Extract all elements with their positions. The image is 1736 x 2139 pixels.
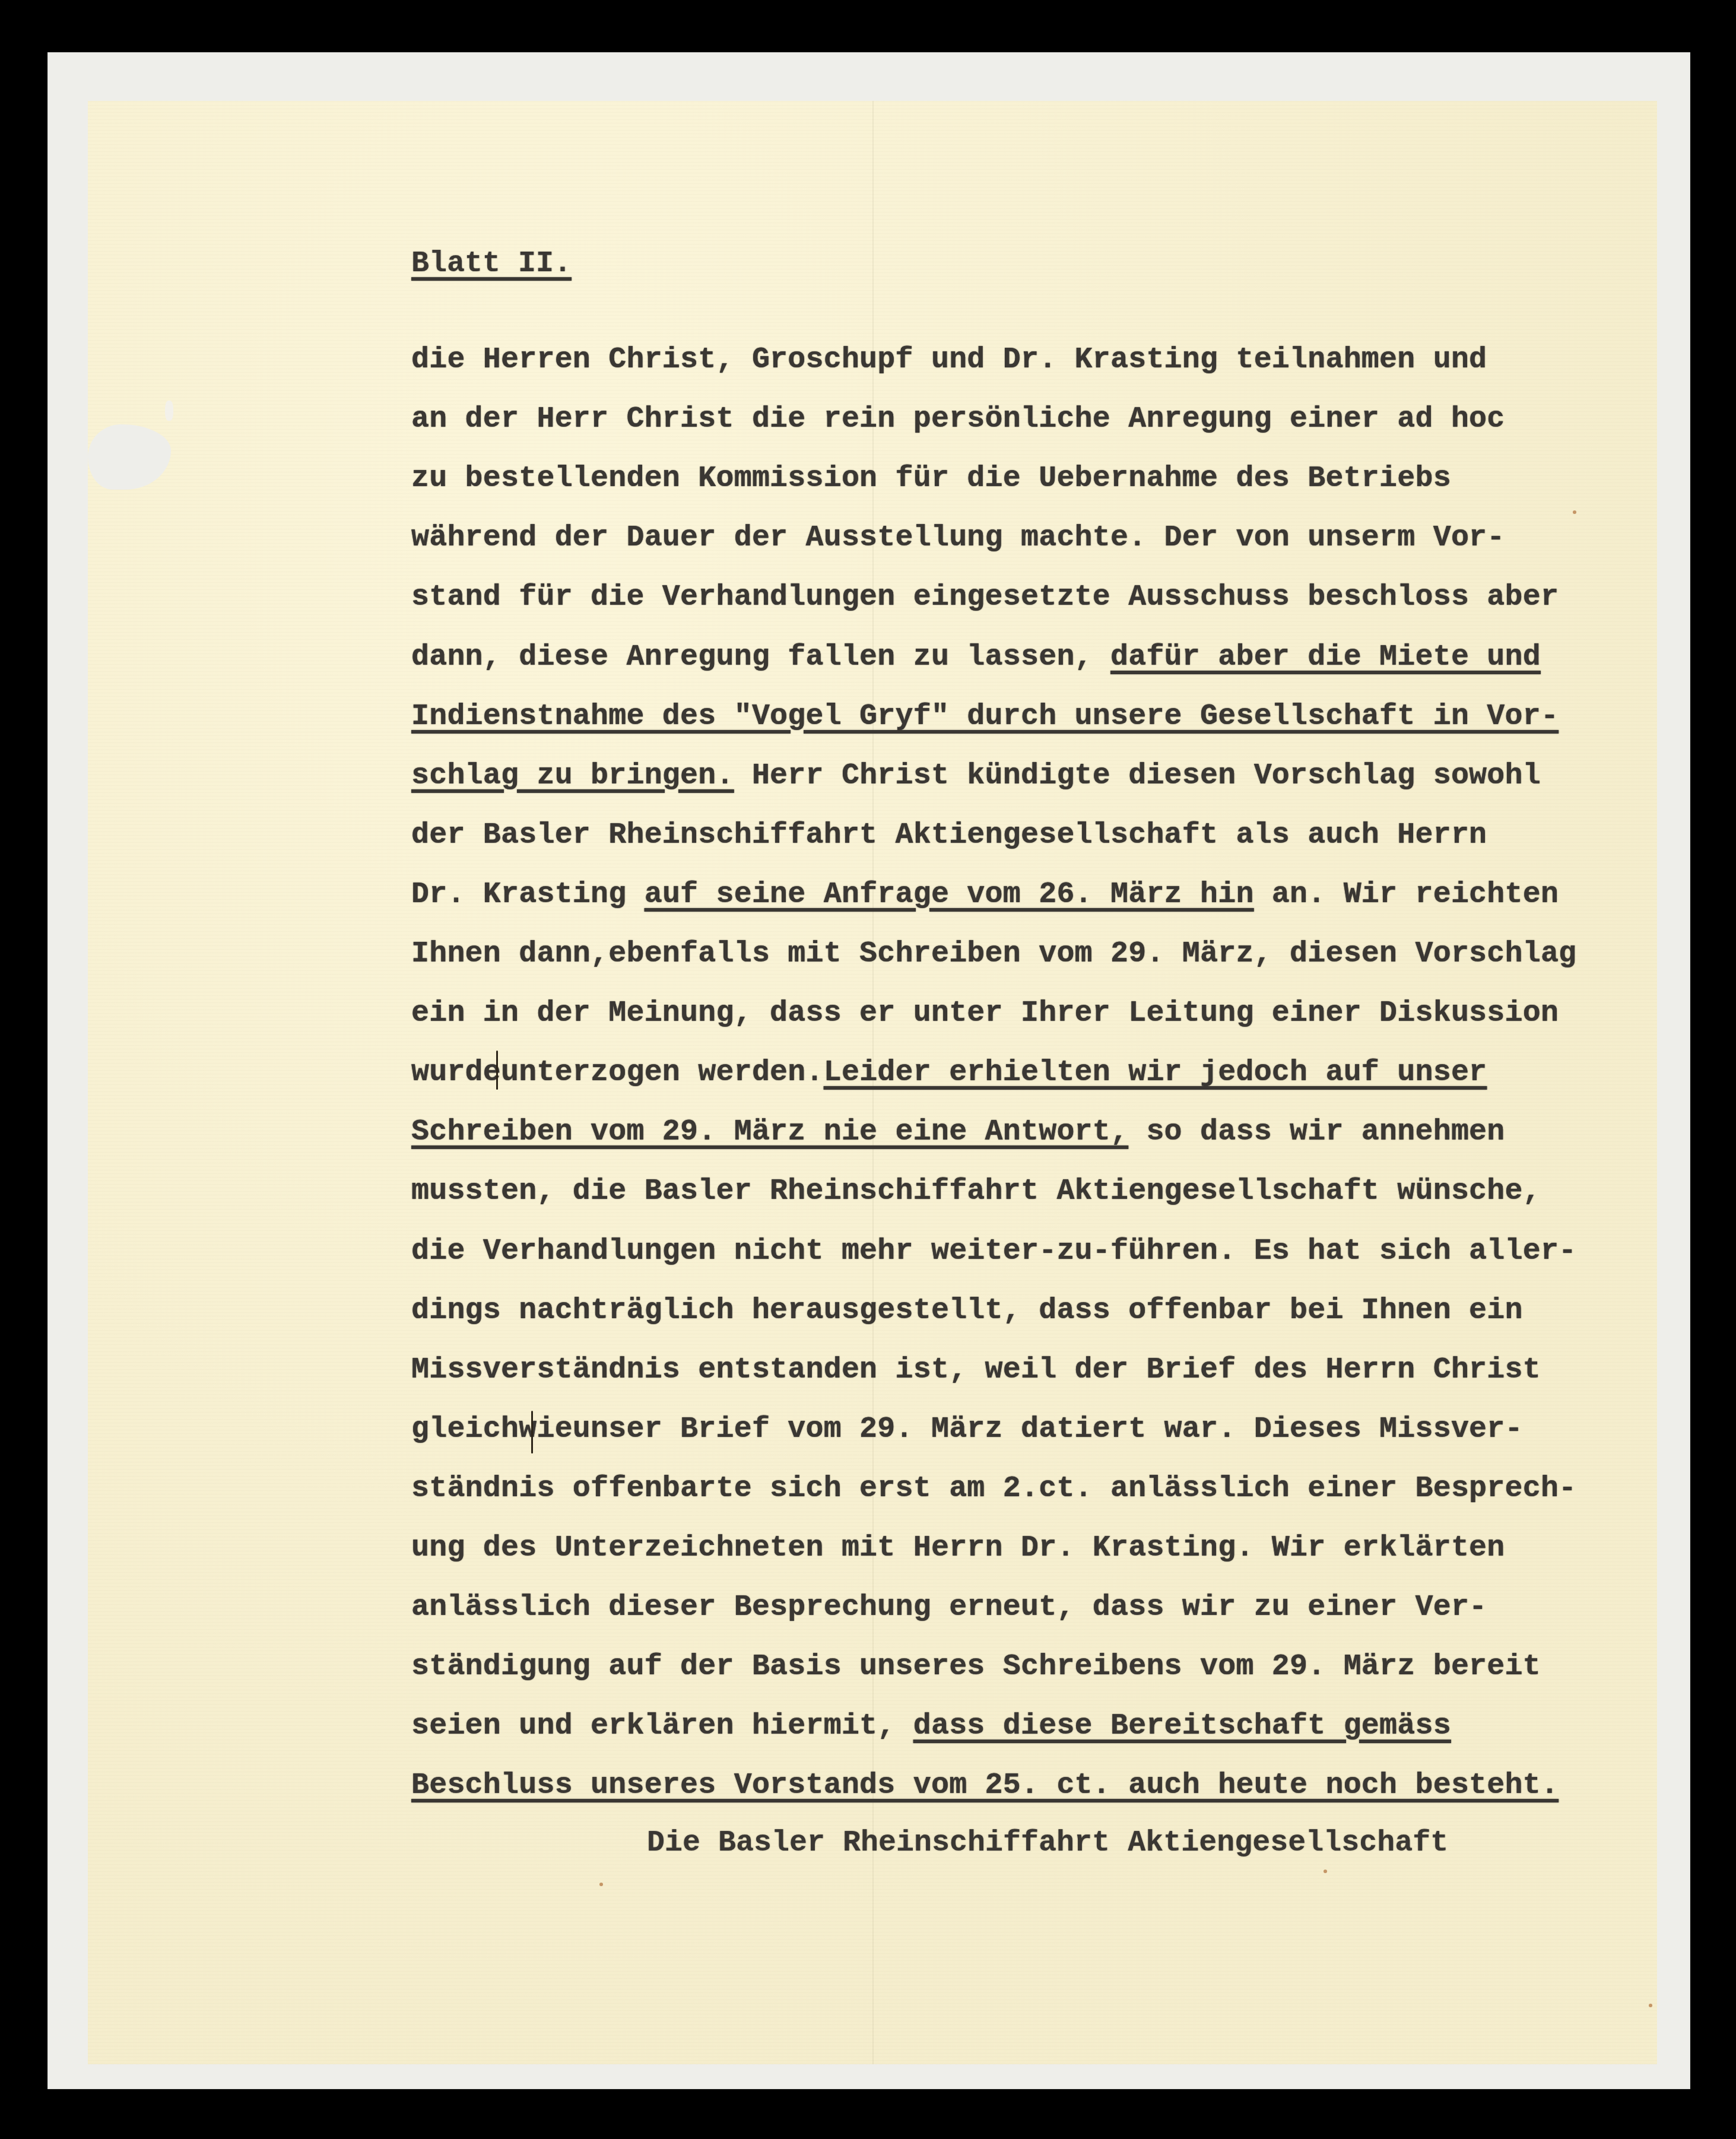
text-line: Dr. Krasting auf seine Anfrage vom 26. M… bbox=[411, 880, 1559, 910]
text-segment: ein in der Meinung, dass er unter Ihrer … bbox=[411, 996, 1559, 1030]
text-line: ständigung auf der Basis unseres Schreib… bbox=[411, 1652, 1541, 1682]
text-segment: wurdeunterzogen werden. bbox=[411, 1056, 824, 1090]
underlined-text: dass diese Bereitschaft gemäss bbox=[913, 1709, 1451, 1743]
text-segment: Dr. Krasting bbox=[411, 878, 645, 912]
signature-line: Die Basler Rheinschiffahrt Aktiengesells… bbox=[647, 1829, 1448, 1858]
text-segment: die Herren Christ, Groschupf und Dr. Kra… bbox=[411, 343, 1487, 377]
text-line: die Herren Christ, Groschupf und Dr. Kra… bbox=[411, 345, 1487, 375]
underlined-text: Leider erhielten wir jedoch auf unser bbox=[824, 1056, 1487, 1090]
underlined-text: Schreiben vom 29. März nie eine Antwort, bbox=[411, 1115, 1128, 1149]
text-line: die Verhandlungen nicht mehr weiter-zu-f… bbox=[411, 1237, 1576, 1267]
text-segment: seien und erklären hiermit, bbox=[411, 1709, 913, 1743]
text-segment: stand für die Verhandlungen eingesetzte … bbox=[411, 580, 1559, 614]
text-segment: gleichwieunser Brief vom 29. März datier… bbox=[411, 1413, 1523, 1446]
text-line: Indienstnahme des "Vogel Gryf" durch uns… bbox=[411, 702, 1559, 732]
text-line: seien und erklären hiermit, dass diese B… bbox=[411, 1712, 1451, 1741]
text-segment: so dass wir annehmen bbox=[1128, 1115, 1505, 1149]
text-line: zu bestellenden Kommission für die Ueber… bbox=[411, 464, 1451, 494]
text-line: wurdeunterzogen werden.Leider erhielten … bbox=[411, 1058, 1487, 1088]
underlined-text: dafür aber die Miete und bbox=[1110, 640, 1541, 674]
text-segment: an. Wir reichten bbox=[1254, 878, 1559, 912]
text-segment: der Basler Rheinschiffahrt Aktiengesells… bbox=[411, 818, 1487, 852]
text-segment: dings nachträglich herausgestellt, dass … bbox=[411, 1294, 1523, 1328]
text-line: der Basler Rheinschiffahrt Aktiengesells… bbox=[411, 821, 1487, 850]
text-line: dann, diese Anregung fallen zu lassen, d… bbox=[411, 643, 1541, 672]
text-segment: die Verhandlungen nicht mehr weiter-zu-f… bbox=[411, 1234, 1576, 1268]
text-segment: ständnis offenbarte sich erst am 2.ct. a… bbox=[411, 1472, 1576, 1506]
text-segment: zu bestellenden Kommission für die Ueber… bbox=[411, 462, 1451, 496]
underlined-text: schlag zu bringen. bbox=[411, 759, 734, 793]
text-segment: während der Dauer der Ausstellung machte… bbox=[411, 521, 1505, 555]
text-line: stand für die Verhandlungen eingesetzte … bbox=[411, 583, 1559, 612]
text-line: ein in der Meinung, dass er unter Ihrer … bbox=[411, 999, 1559, 1029]
text-line: Ihnen dann,ebenfalls mit Schreiben vom 2… bbox=[411, 940, 1576, 969]
text-segment: dann, diese Anregung fallen zu lassen, bbox=[411, 640, 1110, 674]
foxing-spot bbox=[1649, 2004, 1652, 2007]
text-segment: ung des Unterzeichneten mit Herrn Dr. Kr… bbox=[411, 1531, 1505, 1565]
text-line: dings nachträglich herausgestellt, dass … bbox=[411, 1296, 1523, 1326]
text-line: Beschluss unseres Vorstands vom 25. ct. … bbox=[411, 1771, 1559, 1801]
text-line: während der Dauer der Ausstellung machte… bbox=[411, 523, 1505, 553]
text-line: Missverständnis entstanden ist, weil der… bbox=[411, 1356, 1541, 1385]
text-segment: mussten, die Basler Rheinschiffahrt Akti… bbox=[411, 1175, 1541, 1208]
underlined-text: Indienstnahme des "Vogel Gryf" durch uns… bbox=[411, 700, 1559, 734]
foxing-spot bbox=[1573, 510, 1576, 514]
paper-tear-damage-small bbox=[165, 401, 173, 421]
text-segment: anlässlich dieser Besprechung erneut, da… bbox=[411, 1591, 1487, 1624]
pen-correction-mark bbox=[496, 1051, 498, 1090]
text-line: ung des Unterzeichneten mit Herrn Dr. Kr… bbox=[411, 1534, 1505, 1563]
text-line: ständnis offenbarte sich erst am 2.ct. a… bbox=[411, 1474, 1576, 1504]
text-segment: Ihnen dann,ebenfalls mit Schreiben vom 2… bbox=[411, 937, 1576, 971]
page-heading: Blatt II. bbox=[411, 249, 572, 279]
text-line: anlässlich dieser Besprechung erneut, da… bbox=[411, 1593, 1487, 1623]
pen-correction-mark bbox=[531, 1411, 533, 1453]
text-line: mussten, die Basler Rheinschiffahrt Akti… bbox=[411, 1177, 1541, 1207]
text-segment: an der Herr Christ die rein persönliche … bbox=[411, 402, 1505, 436]
underlined-text: auf seine Anfrage vom 26. März hin bbox=[645, 878, 1254, 912]
underlined-text: Beschluss unseres Vorstands vom 25. ct. … bbox=[411, 1769, 1559, 1802]
text-line: Schreiben vom 29. März nie eine Antwort,… bbox=[411, 1118, 1505, 1147]
text-segment: Herr Christ kündigte diesen Vorschlag so… bbox=[734, 759, 1541, 793]
text-line: an der Herr Christ die rein persönliche … bbox=[411, 405, 1505, 434]
foxing-spot bbox=[599, 1883, 603, 1886]
text-segment: Missverständnis entstanden ist, weil der… bbox=[411, 1353, 1541, 1387]
text-line: schlag zu bringen. Herr Christ kündigte … bbox=[411, 761, 1541, 791]
text-line: gleichwieunser Brief vom 29. März datier… bbox=[411, 1415, 1523, 1445]
foxing-spot bbox=[1324, 1870, 1327, 1873]
text-segment: ständigung auf der Basis unseres Schreib… bbox=[411, 1650, 1541, 1684]
